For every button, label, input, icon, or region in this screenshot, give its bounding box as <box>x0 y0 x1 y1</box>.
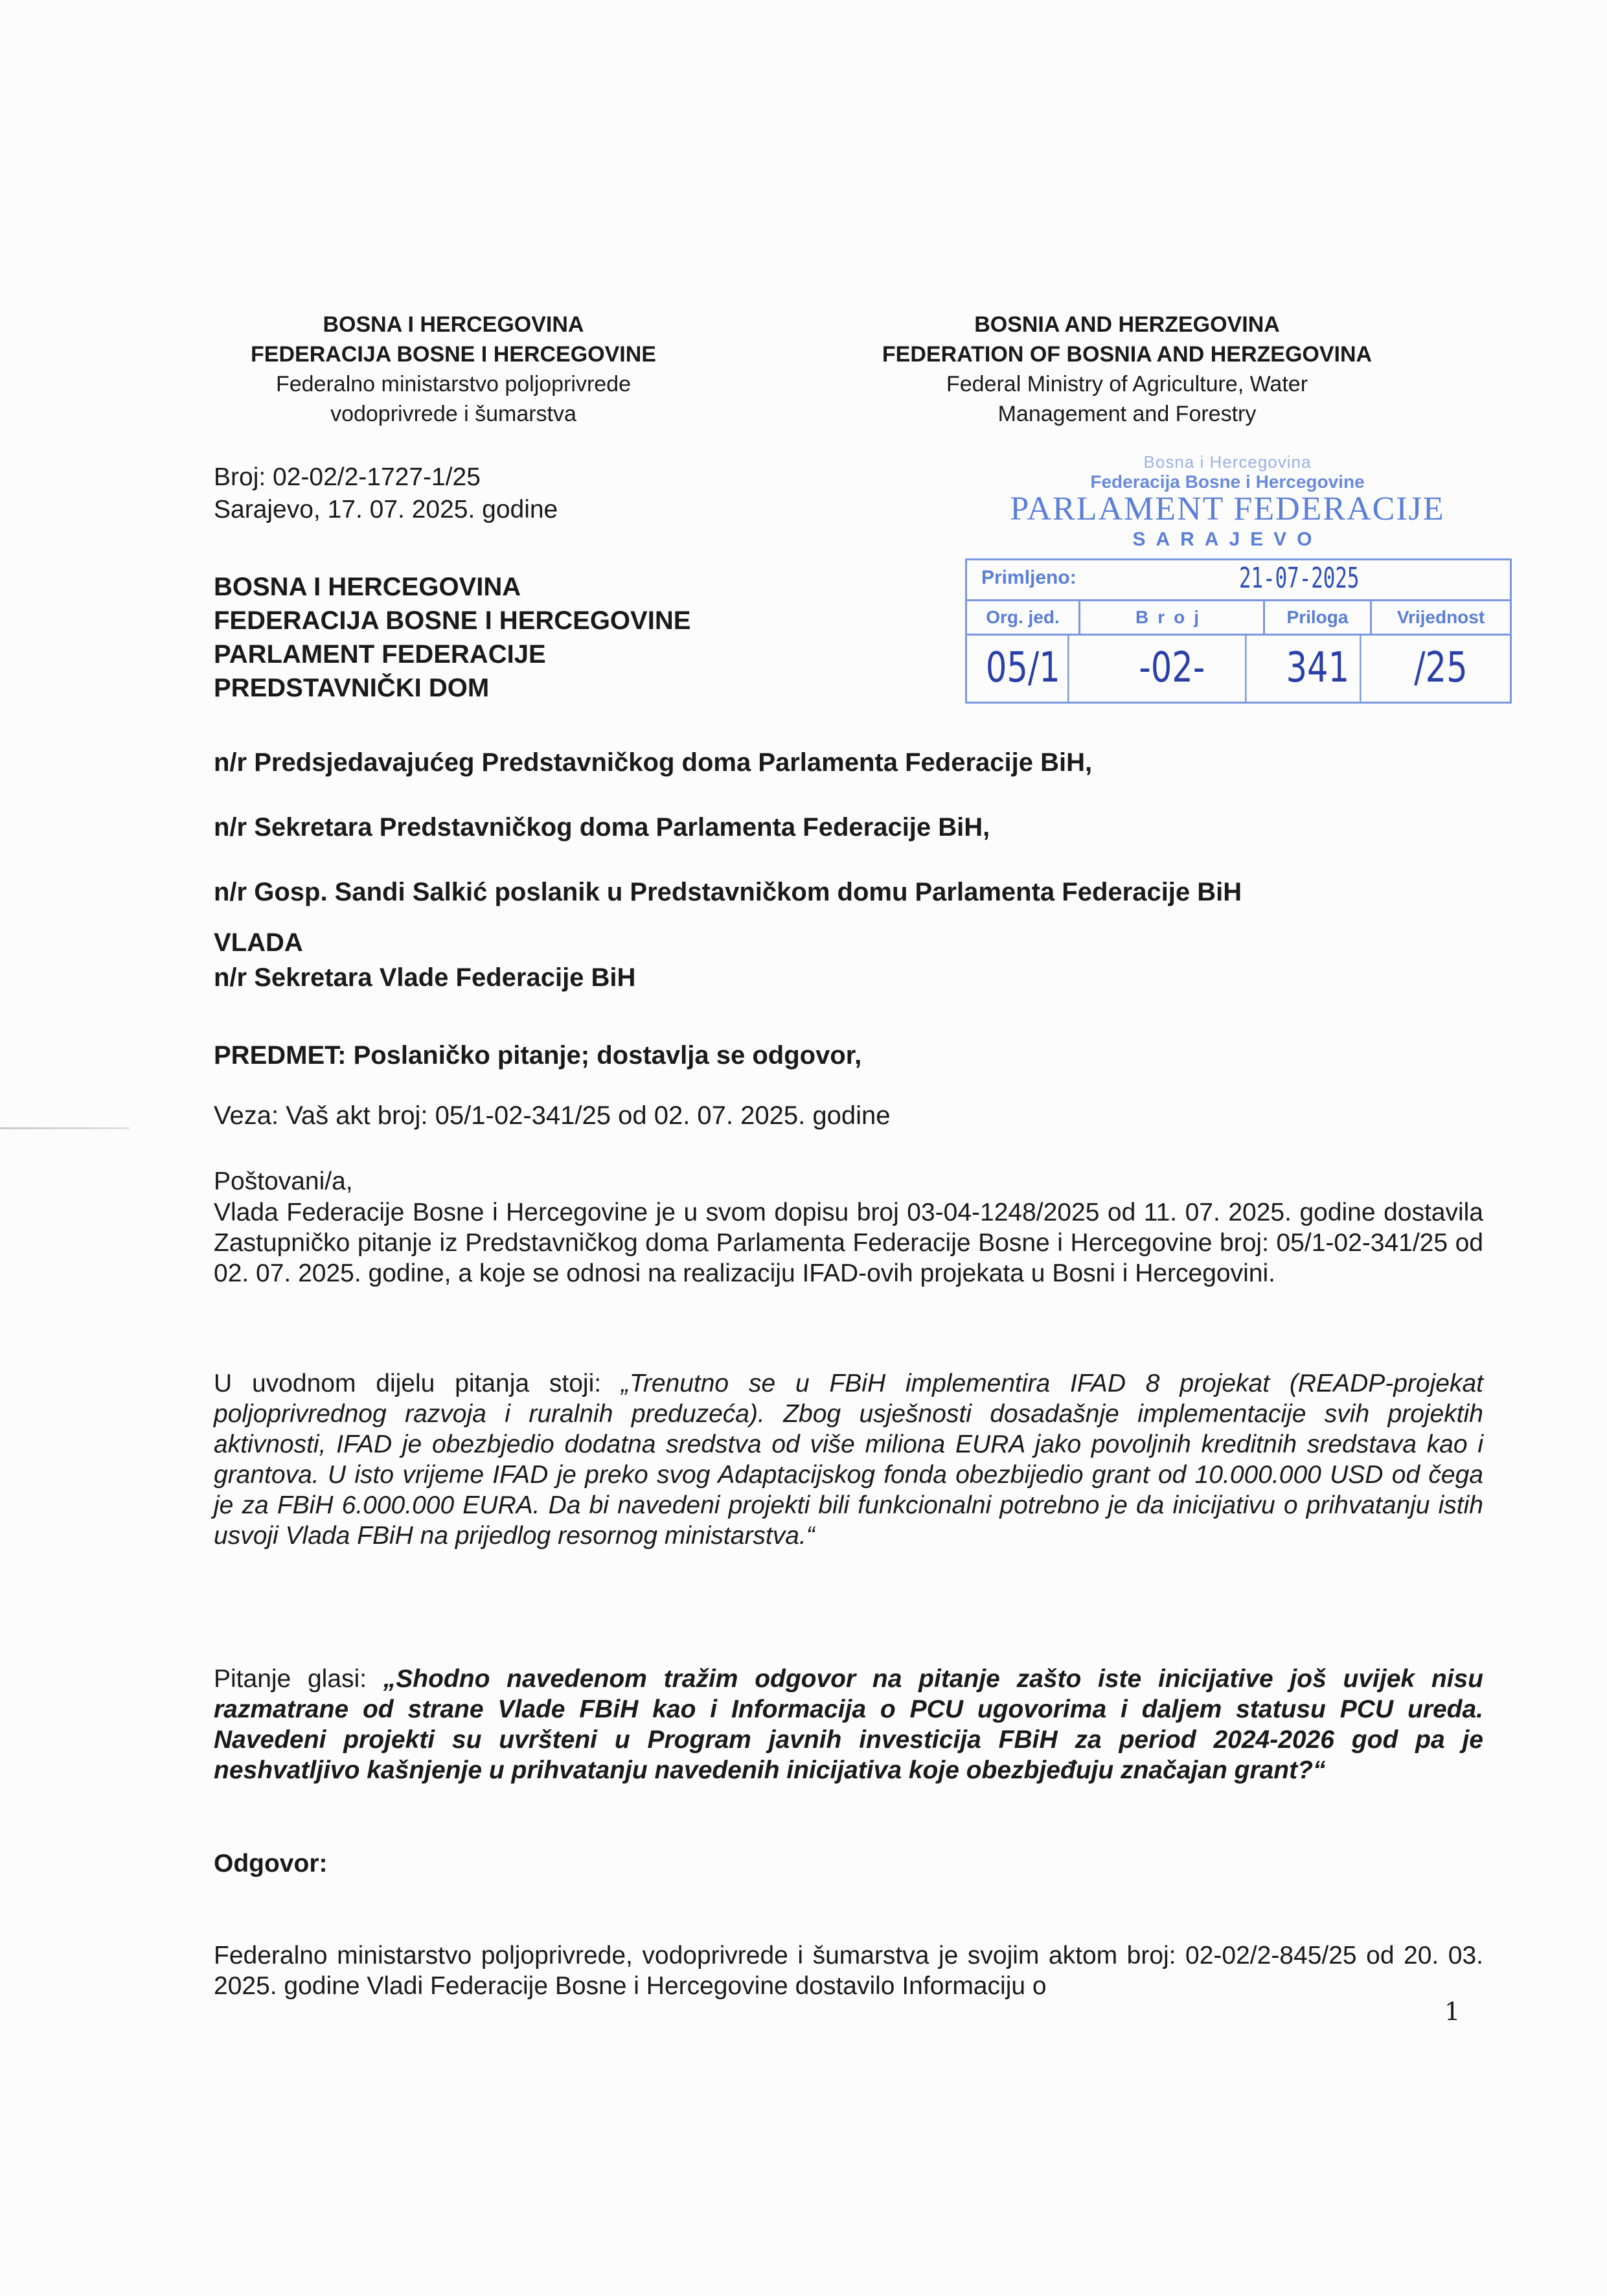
recipient-line: BOSNA I HERCEGOVINA <box>214 570 690 604</box>
stamp-col-org: Org. jed. <box>967 601 1080 634</box>
stamp-received-label: Primljeno: <box>981 567 1077 589</box>
body-paragraph-1: Vlada Federacije Bosne i Hercegovine je … <box>214 1197 1483 1289</box>
recipient-line: FEDERACIJA BOSNE I HERCEGOVINE <box>214 604 690 637</box>
stamp-val-broj: -02- <box>1099 636 1247 702</box>
stamp-col-vrijednost: Vrijednost <box>1372 601 1510 634</box>
stamp-val-vrijednost: /25 <box>1385 636 1496 702</box>
header-ministry-en-cont: Management and Forestry <box>816 399 1438 429</box>
government-title: VLADA <box>214 925 635 960</box>
sender-header-english: BOSNIA AND HERZEGOVINA FEDERATION OF BOS… <box>816 310 1438 429</box>
document-place-date: Sarajevo, 17. 07. 2025. godine <box>214 494 558 526</box>
header-country: BOSNA I HERCEGOVINA <box>194 310 712 339</box>
header-ministry: Federalno ministarstvo poljoprivrede <box>194 369 712 399</box>
government-recipient: VLADA n/r Sekretara Vlade Federacije BiH <box>214 925 635 995</box>
stamp-institution: PARLAMENT FEDERACIJE <box>946 490 1509 528</box>
subject-line: PREDMET: Poslaničko pitanje; dostavlja s… <box>214 1041 861 1070</box>
stamp-col-priloga: Priloga <box>1265 601 1372 634</box>
stamp-col-broj: Broj <box>1080 601 1265 634</box>
recipient-line: PREDSTAVNIČKI DOM <box>214 671 690 705</box>
stamp-value-row: 05/1 -02- 341 /25 <box>967 636 1510 702</box>
answer-label: Odgovor: <box>214 1850 327 1878</box>
body-paragraph-3: Pitanje glasi: „Shodno navedenom tražim … <box>214 1664 1483 1785</box>
header-ministry-cont: vodoprivrede i šumarstva <box>194 399 712 429</box>
body-paragraph-4: Federalno ministarstvo poljoprivrede, vo… <box>214 1940 1483 2001</box>
attention-line: n/r Sekretara Predstavničkog doma Parlam… <box>214 813 990 842</box>
header-country-en: BOSNIA AND HERZEGOVINA <box>816 310 1438 339</box>
stamp-val-priloga: 341 <box>1276 636 1362 702</box>
scan-artifact <box>0 1127 130 1129</box>
page-number: 1 <box>1444 1997 1460 2026</box>
attention-line: n/r Gosp. Sandi Salkić poslanik u Predst… <box>214 878 1242 907</box>
stamp-country: Bosna i Hercegovina <box>946 452 1509 472</box>
subject-label: PREDMET: <box>214 1041 346 1070</box>
para2-intro: U uvodnom dijelu pitanja stoji: <box>214 1370 621 1397</box>
body-paragraph-2: U uvodnom dijelu pitanja stoji: „Trenutn… <box>214 1368 1483 1551</box>
document-number: Broj: 02-02/2-1727-1/25 <box>214 461 558 494</box>
stamp-val-org: 05/1 <box>979 636 1069 702</box>
stamp-registry-table: Primljeno: 21-07-2025 Org. jed. Broj Pri… <box>965 558 1512 704</box>
stamp-received-date: 21-07-2025 <box>1239 562 1359 595</box>
recipient-block: BOSNA I HERCEGOVINA FEDERACIJA BOSNE I H… <box>214 570 690 705</box>
attention-line: n/r Predsjedavajućeg Predstavničkog doma… <box>214 748 1092 777</box>
subject-text: Poslaničko pitanje; dostavlja se odgovor… <box>346 1041 861 1070</box>
stamp-received-row: Primljeno: 21-07-2025 <box>967 560 1510 601</box>
para3-intro: Pitanje glasi: <box>214 1665 383 1693</box>
greeting: Poštovani/a, <box>214 1166 1483 1197</box>
reference-link: Veza: Vaš akt broj: 05/1-02-341/25 od 02… <box>214 1101 890 1131</box>
stamp-header-row: Org. jed. Broj Priloga Vrijednost <box>967 601 1510 636</box>
received-stamp: Bosna i Hercegovina Federacija Bosne i H… <box>946 447 1516 719</box>
stamp-city: SARAJEVO <box>946 529 1509 551</box>
header-ministry-en: Federal Ministry of Agriculture, Water <box>816 369 1438 399</box>
header-entity-en: FEDERATION OF BOSNIA AND HERZEGOVINA <box>816 339 1438 369</box>
recipient-line: PARLAMENT FEDERACIJE <box>214 637 690 671</box>
document-reference: Broj: 02-02/2-1727-1/25 Sarajevo, 17. 07… <box>214 461 558 526</box>
header-entity: FEDERACIJA BOSNE I HERCEGOVINE <box>194 339 712 369</box>
sender-header-bosnian: BOSNA I HERCEGOVINA FEDERACIJA BOSNE I H… <box>194 310 712 429</box>
government-attention: n/r Sekretara Vlade Federacije BiH <box>214 960 635 995</box>
para3-quote: „Shodno navedenom tražim odgovor na pita… <box>214 1665 1483 1784</box>
